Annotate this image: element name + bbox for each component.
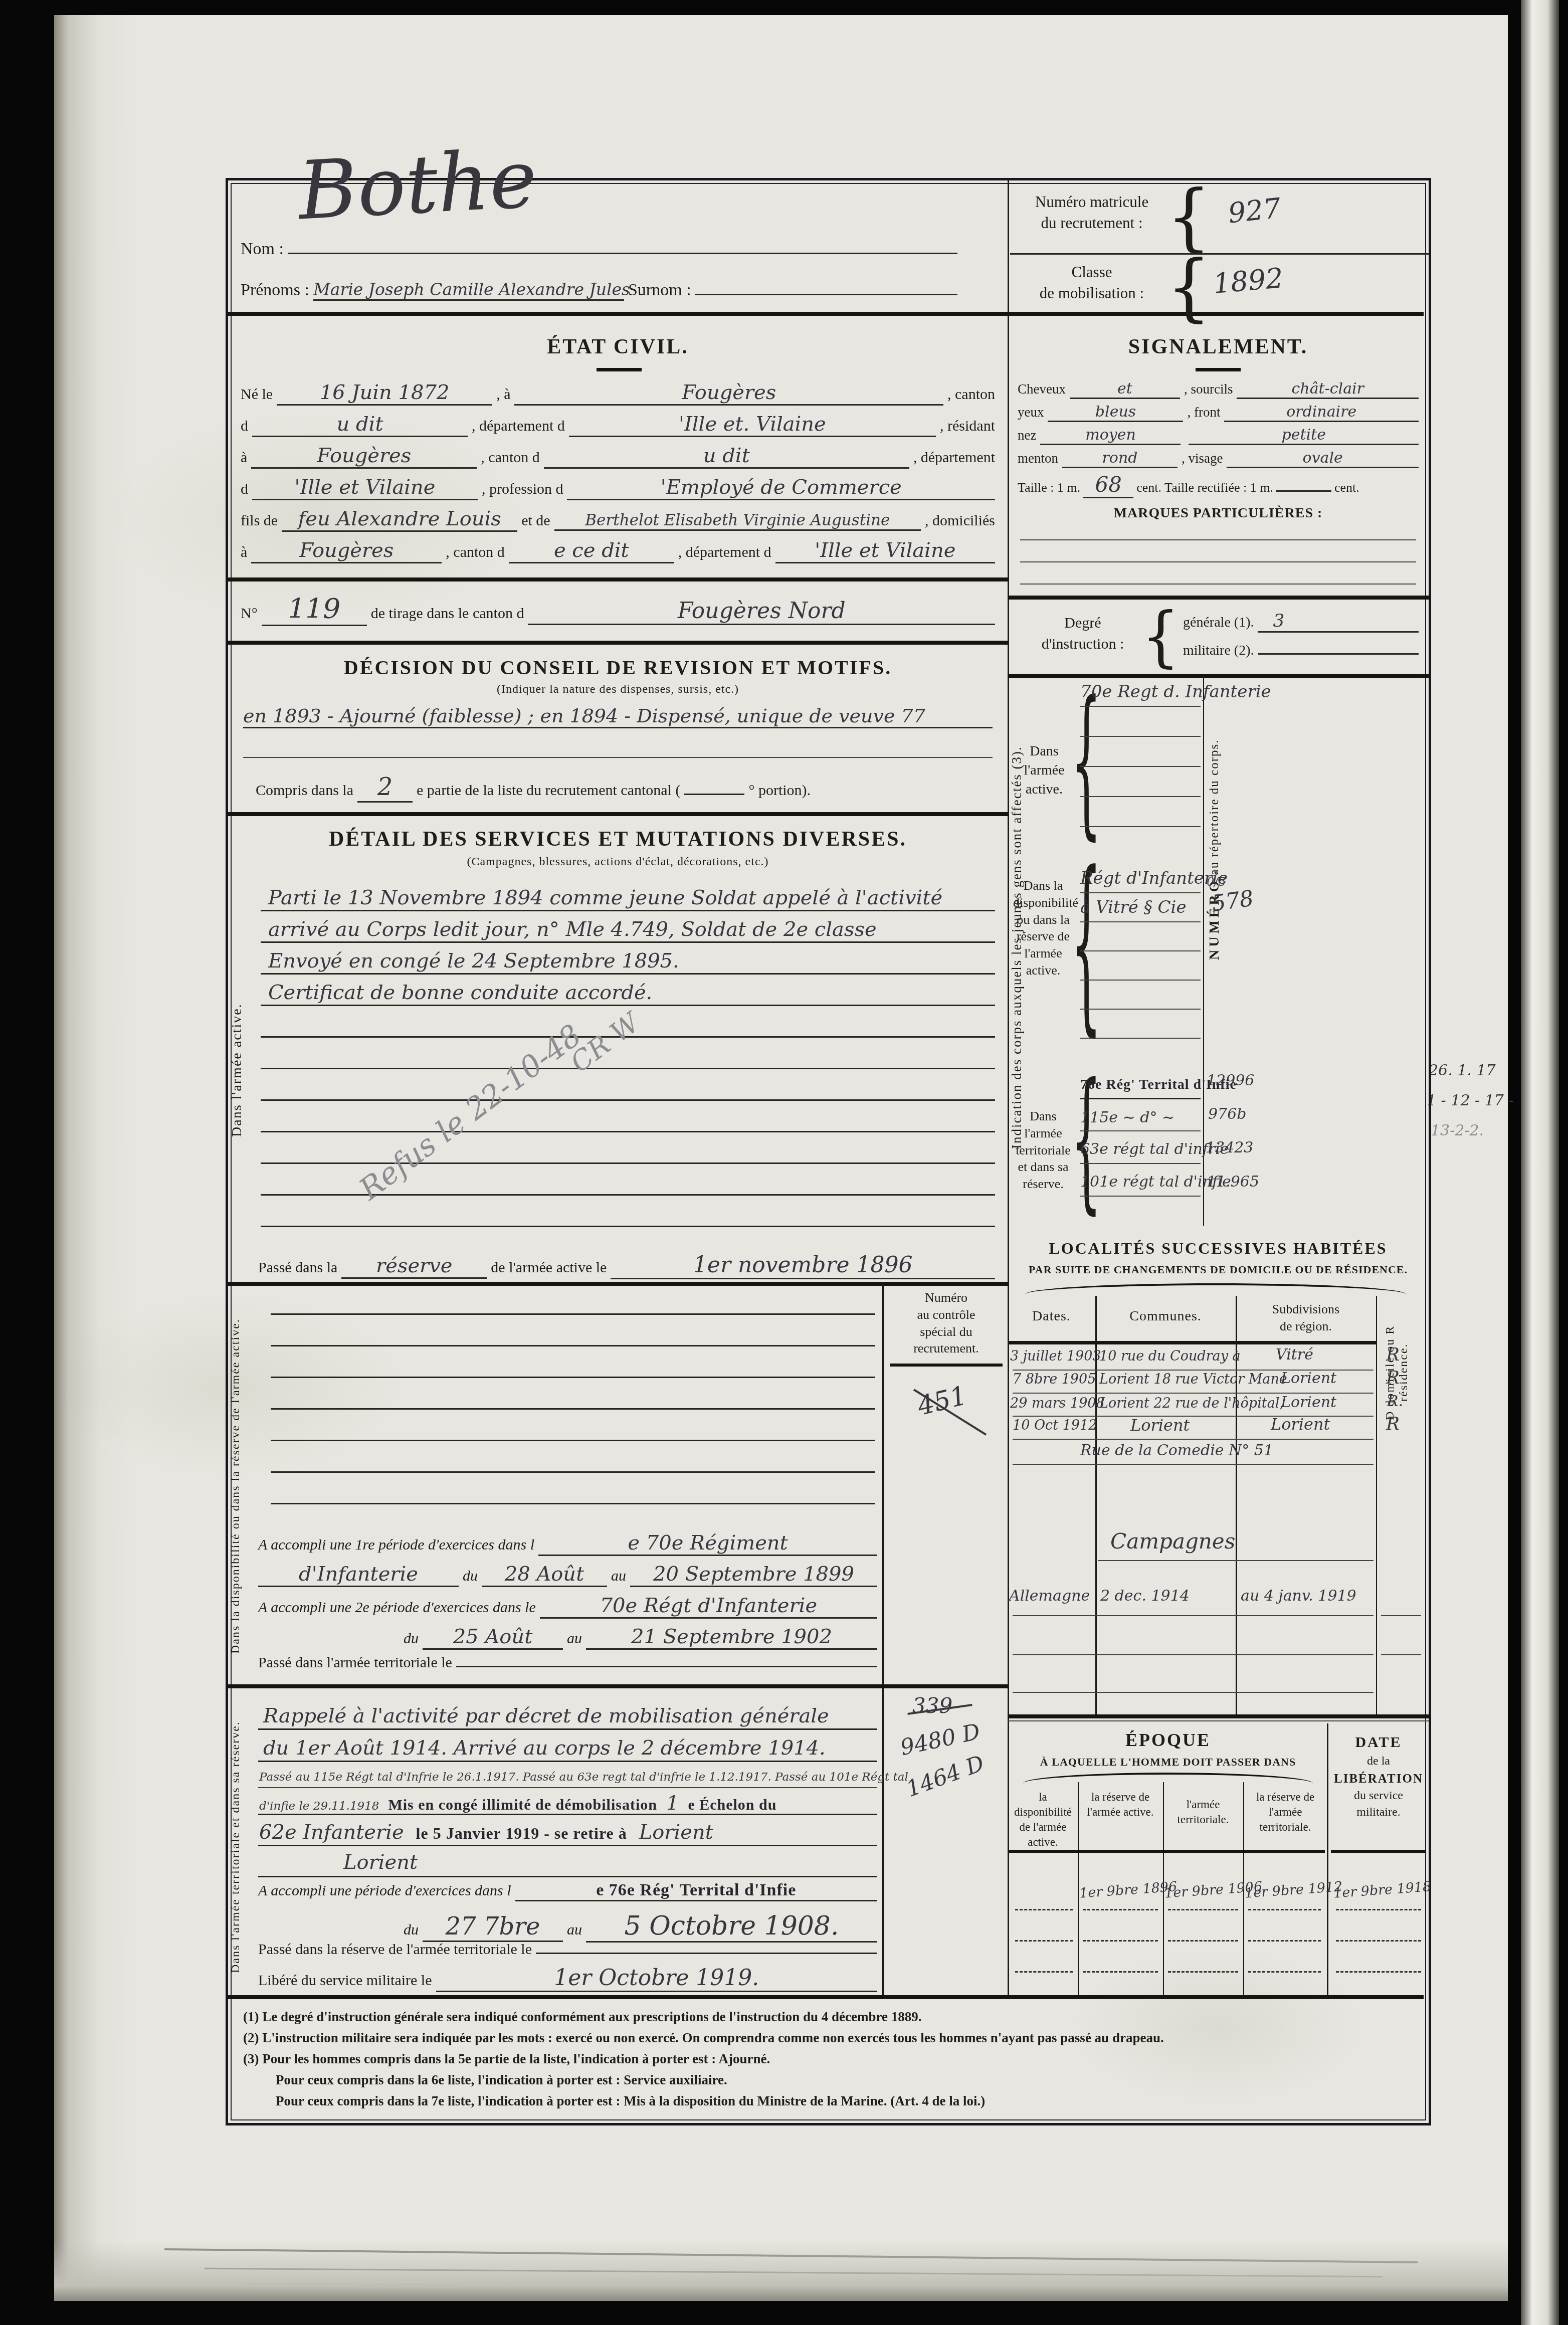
tirage-text: de tirage dans le canton d bbox=[371, 605, 524, 622]
domicilies-label: , domiciliés bbox=[925, 512, 995, 529]
localite-date: 10 Oct 1912 bbox=[1013, 1418, 1097, 1433]
localite-commune: Lorient 18 rue Victor Mane bbox=[1099, 1372, 1287, 1387]
compris-value: 2 bbox=[357, 773, 413, 803]
epoque-title: ÉPOQUE bbox=[1008, 1729, 1328, 1751]
localites-title: LOCALITÉS SUCCESSIVES HABITÉES bbox=[1008, 1239, 1429, 1258]
rule-line bbox=[1080, 1196, 1201, 1197]
periode-terr-to: 5 Octobre 1908. bbox=[586, 1911, 877, 1943]
du-label: du bbox=[463, 1568, 478, 1585]
domicile-a-label: à bbox=[241, 544, 247, 561]
corps-active-label: Dans l'armée active. bbox=[1016, 742, 1072, 799]
mother-name: Berthelot Elisabeth Virginie Augustine bbox=[554, 511, 921, 531]
repertoire-number: 976b bbox=[1208, 1105, 1246, 1123]
taille-rectifiee-field bbox=[1276, 490, 1331, 492]
residence-canton: u dit bbox=[544, 444, 909, 469]
margin-number: 1464 D bbox=[903, 1751, 988, 1802]
col-subdiv-header-2: de région. bbox=[1238, 1318, 1374, 1335]
a-label: , à bbox=[496, 386, 510, 403]
rule-line bbox=[1168, 1971, 1238, 1973]
rule-line bbox=[271, 1471, 875, 1473]
service-entry: Certificat de bonne conduite accordé. bbox=[268, 981, 652, 1004]
periode2-label: A accompli une 2e période d'exercices da… bbox=[258, 1599, 536, 1616]
etat-civil-title: ÉTAT CIVIL. bbox=[228, 335, 1008, 359]
decision-subtitle: (Indiquer la nature des dispenses, sursi… bbox=[228, 683, 1008, 696]
bouche-value: petite bbox=[1189, 426, 1419, 445]
du-label: du bbox=[404, 1630, 419, 1647]
rule-line bbox=[1083, 1971, 1158, 1973]
echelon-stamp: e Échelon du bbox=[688, 1797, 776, 1814]
passe-reserve-terr-label: Passé dans la réserve de l'armée territo… bbox=[258, 1941, 532, 1958]
section-divider bbox=[228, 641, 1008, 645]
passe-reserve-label: Passé dans la bbox=[258, 1259, 337, 1276]
rule-line bbox=[1336, 1940, 1421, 1942]
localite-subdiv: Lorient bbox=[1281, 1370, 1336, 1387]
passe-reserve-date: 1er novembre 1896 bbox=[611, 1252, 995, 1279]
retire-stamp: le 5 Janvier 1919 - se retire à bbox=[416, 1824, 627, 1843]
campagne-from: 2 dec. 1914 bbox=[1100, 1587, 1190, 1605]
rule-line bbox=[1015, 1909, 1073, 1910]
footnote-3: (3) Pour les hommes compris dans la 5e p… bbox=[243, 2051, 1411, 2067]
classe-label: Classe bbox=[1019, 262, 1164, 283]
service-entry: arrivé au Corps ledit jour, n° Mle 4.749… bbox=[268, 918, 877, 941]
marques-label: MARQUES PARTICULIÈRES : bbox=[1008, 505, 1429, 521]
rule-line bbox=[1080, 1130, 1201, 1131]
margin-note-date: 26. 1. 17 bbox=[1429, 1062, 1496, 1079]
rule-line bbox=[261, 910, 995, 911]
instruction-generale-label: générale (1). bbox=[1183, 615, 1254, 631]
passe-territoriale-field bbox=[456, 1666, 877, 1667]
surnom-label: Surnom : bbox=[628, 281, 691, 300]
mobilisation-entry: du 1er Août 1914. Arrivé au corps le 2 d… bbox=[263, 1736, 826, 1760]
localite-date: 3 juillet 1903 bbox=[1010, 1348, 1101, 1364]
classe-value: 1892 bbox=[1212, 262, 1284, 300]
visage-value: ovale bbox=[1227, 449, 1419, 468]
au-label: au bbox=[567, 1630, 582, 1647]
residence-a-label: à bbox=[241, 449, 247, 466]
rule-line bbox=[1080, 766, 1201, 767]
section-divider bbox=[1008, 1714, 1429, 1718]
rule-line bbox=[258, 1728, 877, 1730]
regiment-62e: 62e Infanterie bbox=[259, 1821, 404, 1844]
rule-line bbox=[1381, 1654, 1421, 1655]
controle-number: 451 bbox=[914, 1381, 970, 1422]
next-page-edge bbox=[1521, 0, 1559, 2325]
services-title: DÉTAIL DES SERVICES ET MUTATIONS DIVERSE… bbox=[228, 827, 1008, 851]
tirage-number: 119 bbox=[262, 593, 367, 626]
section-divider bbox=[228, 812, 1008, 816]
mobilisation-entry: Rappelé à l'activité par décret de mobil… bbox=[263, 1704, 829, 1727]
rule-line bbox=[261, 941, 995, 943]
libere-label: Libéré du service militaire le bbox=[258, 1972, 432, 1989]
margin-note-date: 1 - 12 - 17 - bbox=[1427, 1092, 1514, 1109]
nom-field bbox=[288, 253, 957, 254]
date-lib-header-3: LIBÉRATION bbox=[1331, 1770, 1426, 1788]
rule-line bbox=[1336, 1909, 1421, 1910]
section-divider bbox=[228, 577, 1008, 582]
rule-line bbox=[1015, 1971, 1073, 1973]
section-divider bbox=[1008, 674, 1429, 678]
birth-dept: 'Ille et. Vilaine bbox=[569, 413, 936, 437]
surname-handwritten: Bothe bbox=[296, 132, 539, 238]
repertoire-number: 13423 bbox=[1206, 1139, 1253, 1156]
corps-dispo-value: Régt d'Infanterie bbox=[1080, 868, 1228, 888]
corps-terr-label: Dans l'armée territoriale et dans sa rés… bbox=[1013, 1108, 1073, 1193]
signalement-title: SIGNALEMENT. bbox=[1008, 335, 1429, 359]
page-curl-line bbox=[245, 2283, 1322, 2290]
localite-dr: R. bbox=[1387, 1393, 1403, 1410]
mutation-entry-small: Passé au 115e Régt tal d'Infrie le 26.1.… bbox=[259, 1771, 908, 1784]
compris-label: Compris dans la bbox=[256, 782, 353, 799]
canton-label: , canton bbox=[947, 386, 995, 403]
residence-canton-label: , canton d bbox=[481, 449, 539, 466]
rule-line bbox=[1080, 796, 1201, 797]
controle-label: recrutement. bbox=[885, 1340, 1008, 1357]
footnotes-divider bbox=[228, 1995, 1424, 1999]
corps-active-value: 70e Regt d. Infanterie bbox=[1080, 682, 1271, 702]
decision-title: DÉCISION DU CONSEIL DE REVISION ET MOTIF… bbox=[228, 656, 1008, 679]
rule-line bbox=[261, 1099, 995, 1101]
rule-line bbox=[1083, 1940, 1158, 1942]
birth-date: 16 Juin 1872 bbox=[277, 381, 492, 406]
au-label: au bbox=[567, 1921, 582, 1939]
au-label: au bbox=[611, 1568, 626, 1585]
residence-commune: Fougères bbox=[251, 444, 477, 469]
controle-label: au contrôle bbox=[885, 1306, 1008, 1323]
rule-line bbox=[1020, 561, 1416, 562]
repertoire-number-small: 0/5 bbox=[1207, 875, 1226, 889]
domicile-canton-label: , canton d bbox=[446, 544, 504, 561]
menton-label: menton bbox=[1018, 451, 1058, 466]
localite-subdiv: Lorient bbox=[1271, 1415, 1330, 1434]
fils-label: fils de bbox=[241, 512, 278, 529]
passe-territoriale-label: Passé dans l'armée territoriale le bbox=[258, 1654, 452, 1671]
instruction-generale-value: 3 bbox=[1258, 611, 1419, 633]
residant-label: , résidant bbox=[940, 418, 995, 435]
ne-label: Né le bbox=[241, 386, 273, 403]
controle-underline bbox=[890, 1364, 1003, 1367]
portion-field bbox=[684, 794, 744, 795]
rule-line bbox=[1008, 1720, 1429, 1721]
retire-place: Lorient bbox=[639, 1821, 713, 1844]
title-dash bbox=[597, 368, 642, 371]
periode1-from: 28 Août bbox=[482, 1563, 607, 1587]
rule-line bbox=[1098, 1560, 1374, 1561]
repertoire-label-2: au répertoire du corps. bbox=[1208, 739, 1221, 875]
visage-label: , visage bbox=[1182, 451, 1223, 466]
localites-subtitle: PAR SUITE DE CHANGEMENTS DE DOMICILE OU … bbox=[1008, 1263, 1429, 1276]
rule-line bbox=[1013, 1692, 1374, 1693]
rule-line bbox=[258, 1845, 877, 1846]
prenoms-label: Prénoms : bbox=[241, 281, 309, 300]
localite-dr: R bbox=[1386, 1414, 1400, 1434]
rule-line bbox=[271, 1503, 875, 1504]
passe-reserve-mid: de l'armée active le bbox=[491, 1259, 607, 1276]
classe-label-2: de mobilisation : bbox=[1019, 283, 1164, 304]
rule-line bbox=[1080, 706, 1201, 707]
footnote-5: Pour ceux compris dans la 7e liste, l'in… bbox=[276, 2093, 1411, 2109]
localite-address: Rue de la Comedie N° 51 bbox=[1080, 1442, 1273, 1459]
nom-label: Nom : bbox=[241, 240, 284, 259]
form-frame: Bothe Nom : Prénoms : Marie Joseph Camil… bbox=[226, 178, 1431, 2125]
rule-line bbox=[261, 1162, 995, 1164]
scanned-military-register-page: { "glyphs": { "brace": "{", "paren": "("… bbox=[0, 0, 1568, 2325]
epoque-subtitle: À LAQUELLE L'HOMME DOIT PASSER DANS bbox=[1008, 1756, 1328, 1769]
dept-label: , département d bbox=[472, 418, 565, 435]
corps-dispo-value-2: à Vitré § Cie bbox=[1080, 897, 1187, 917]
epoque-col3-header: l'armée territoriale. bbox=[1165, 1797, 1241, 1827]
cheveux-value: et bbox=[1070, 380, 1180, 399]
surnom-field bbox=[695, 294, 957, 295]
mutation-entry-small: d'infie le 29.11.1918 bbox=[259, 1800, 379, 1813]
rule-line bbox=[1248, 1971, 1321, 1973]
father-name: feu Alexandre Louis bbox=[282, 507, 517, 532]
profession-label: , profession d bbox=[482, 481, 563, 498]
rule-line bbox=[1248, 1940, 1321, 1942]
periode1-to: 20 Septembre 1899 bbox=[630, 1563, 877, 1587]
rule-line bbox=[271, 1313, 875, 1315]
residence-dept: 'Ille et Vilaine bbox=[252, 476, 478, 500]
repertoire-number: 578 bbox=[1210, 885, 1255, 916]
section-divider bbox=[228, 1282, 1008, 1286]
rule-line bbox=[1080, 736, 1201, 737]
margin-number: 339 bbox=[912, 1693, 952, 1718]
rule-line bbox=[261, 1005, 995, 1006]
date-lib-header-4: du service bbox=[1331, 1788, 1426, 1805]
col-dates-header: Dates. bbox=[1010, 1308, 1093, 1324]
footnote-2: (2) L'instruction militaire sera indiqué… bbox=[243, 2030, 1411, 2046]
section-divider bbox=[228, 1684, 1008, 1688]
rule-line bbox=[1381, 1615, 1421, 1616]
taille-value: 68 bbox=[1083, 472, 1133, 498]
domicile-canton: e ce dit bbox=[509, 539, 674, 563]
controle-label: spécial du bbox=[885, 1323, 1008, 1340]
rule-line bbox=[271, 1440, 875, 1441]
repertoire-label: NUMÉRO au répertoire du corps. bbox=[1207, 702, 1238, 998]
domicile-dept-label: , département d bbox=[678, 544, 771, 561]
rule-line bbox=[1080, 892, 1201, 893]
rule-line bbox=[1013, 1439, 1374, 1440]
rule-line bbox=[1168, 1909, 1238, 1910]
instruction-militaire-field bbox=[1258, 653, 1419, 655]
sourcils-value: chât-clair bbox=[1237, 380, 1419, 399]
periode2-from: 25 Août bbox=[423, 1625, 563, 1650]
table-header-rule bbox=[1009, 1341, 1376, 1344]
yeux-value: bleus bbox=[1048, 403, 1183, 422]
retire-place-2: Lorient bbox=[343, 1851, 418, 1874]
localite-commune: Lorient bbox=[1130, 1416, 1190, 1435]
services-side-label: Dans l'armée active. bbox=[229, 897, 259, 1243]
localite-dr: R bbox=[1386, 1344, 1400, 1365]
rule-line bbox=[1080, 921, 1201, 922]
table-vline bbox=[1327, 1723, 1328, 1995]
sourcils-label: , sourcils bbox=[1184, 381, 1233, 397]
service-entry: Parti le 13 Novembre 1894 comme jeune So… bbox=[268, 886, 942, 909]
services-subtitle: (Campagnes, blessures, actions d'éclat, … bbox=[228, 855, 1008, 869]
et-de-label: et de bbox=[521, 512, 550, 529]
table-vline bbox=[1376, 1296, 1377, 1714]
periode1-label: A accompli une 1re période d'exercices d… bbox=[258, 1536, 534, 1554]
rule-line bbox=[1083, 1909, 1158, 1910]
localite-date: 29 mars 1908 bbox=[1010, 1396, 1105, 1411]
rule-line bbox=[1080, 1038, 1201, 1039]
localite-subdiv: Lorient bbox=[1281, 1394, 1336, 1411]
scanned-page: 26. 1. 17 1 - 12 - 17 - 13-2-2. Bothe No… bbox=[54, 15, 1508, 2301]
epoque-col4-header: la réserve de l'armée territoriale. bbox=[1246, 1790, 1325, 1835]
page-curl-line bbox=[205, 2268, 1383, 2277]
localite-commune: Lorient 22 rue de l'hôpital, bbox=[1099, 1396, 1284, 1411]
residence-dept-label: , département bbox=[913, 449, 995, 466]
rule-line bbox=[1013, 1464, 1374, 1465]
canton-pre: d bbox=[241, 418, 248, 435]
localite-commune: 10 rue du Coudray à bbox=[1099, 1348, 1241, 1364]
rule-line bbox=[1020, 584, 1416, 585]
footnote-1: (1) Le degré d'instruction générale sera… bbox=[243, 2009, 1411, 2025]
rule-line bbox=[261, 973, 995, 975]
epoque-value-liberation: 1er 9bre 1918 bbox=[1333, 1879, 1432, 1901]
rule-line bbox=[1168, 1940, 1238, 1942]
decorative-swash bbox=[1025, 1283, 1406, 1294]
rule-line bbox=[1013, 1615, 1374, 1616]
taille-label: Taille : 1 m. bbox=[1018, 480, 1080, 495]
rule-line bbox=[1010, 253, 1429, 255]
epoque-col2-header: la réserve de l'armée active. bbox=[1080, 1790, 1160, 1820]
periode-terr-label: A accompli une période d'exercices dans … bbox=[258, 1882, 511, 1899]
diagonal-annotation: Refus le 22-10-48 bbox=[353, 1018, 588, 1207]
localite-subdiv: Vitré bbox=[1276, 1346, 1313, 1364]
rule-line bbox=[261, 1068, 995, 1069]
rule-line bbox=[1248, 1909, 1321, 1910]
front-value: ordinaire bbox=[1224, 403, 1419, 422]
rule-line bbox=[271, 1377, 875, 1378]
title-dash bbox=[1196, 368, 1241, 371]
service-entry: Envoyé en congé le 24 Septembre 1895. bbox=[268, 949, 679, 973]
rule-line bbox=[1080, 1009, 1201, 1010]
table-header-rule bbox=[1009, 1850, 1325, 1853]
rule-line bbox=[1080, 1163, 1201, 1164]
corps-terr-value: 115e ~ d° ~ bbox=[1080, 1109, 1174, 1126]
rule-line bbox=[261, 1226, 995, 1227]
brace-instruction: { bbox=[1141, 604, 1180, 670]
instruction-label-2: d'instruction : bbox=[1025, 634, 1140, 655]
yeux-label: yeux bbox=[1018, 405, 1044, 420]
rule-line bbox=[1080, 1098, 1201, 1099]
rule-line bbox=[1080, 980, 1201, 981]
demobilisation-stamp: Mis en congé illimité de démobilisation bbox=[388, 1797, 657, 1814]
periode2-to: 21 Septembre 1902 bbox=[586, 1625, 877, 1650]
libere-date: 1er Octobre 1919. bbox=[436, 1965, 877, 1992]
controle-column-divider bbox=[882, 1282, 884, 1995]
echelon-number: 1 bbox=[666, 1792, 679, 1815]
localite-date: 7 8bre 1905 bbox=[1013, 1372, 1096, 1387]
brace-matricule: { bbox=[1166, 180, 1211, 254]
rule-line bbox=[258, 1761, 877, 1762]
tirage-no-label: N° bbox=[241, 605, 258, 622]
campagne-place: Allemagne bbox=[1009, 1587, 1090, 1605]
matricule-value: 927 bbox=[1227, 192, 1282, 230]
repertoire-number: 12996 bbox=[1207, 1072, 1254, 1089]
instruction-militaire-label: militaire (2). bbox=[1183, 643, 1254, 659]
rule-line bbox=[1080, 826, 1201, 827]
header-divider bbox=[228, 312, 1424, 316]
date-lib-header-2: de la bbox=[1331, 1753, 1426, 1770]
taille-rectifiee-label: cent. Taille rectifiée : 1 m. bbox=[1136, 480, 1273, 495]
section-divider bbox=[1008, 596, 1429, 600]
menton-value: rond bbox=[1062, 449, 1178, 468]
du-label: du bbox=[404, 1921, 419, 1939]
decorative-swash bbox=[1023, 1773, 1313, 1784]
rule-line bbox=[271, 1345, 875, 1346]
rule-line bbox=[1020, 539, 1416, 540]
passe-reserve-value: réserve bbox=[341, 1254, 487, 1279]
repertoire-number: 11.965 bbox=[1207, 1173, 1259, 1191]
birth-canton: u dit bbox=[252, 413, 468, 437]
campagnes-title: Campagnes bbox=[1110, 1529, 1235, 1554]
periode1-regiment: e 70e Régiment bbox=[538, 1531, 877, 1556]
rule-line bbox=[1013, 1654, 1374, 1655]
matricule-label: Numéro matricule bbox=[1019, 191, 1164, 213]
corps-dispo-label: Dans la disponibilité ou dans la réserve… bbox=[1013, 877, 1073, 979]
rule-line bbox=[1080, 950, 1201, 951]
passe-reserve-terr-field bbox=[536, 1953, 877, 1954]
domicile-commune: Fougères bbox=[251, 539, 442, 563]
campagne-to: au 4 janv. 1919 bbox=[1241, 1587, 1356, 1605]
nez-label: nez bbox=[1018, 428, 1036, 443]
rule-line bbox=[1015, 1940, 1073, 1942]
cent-label: cent. bbox=[1334, 480, 1359, 495]
periode-terr-from: 27 7bre bbox=[423, 1912, 563, 1942]
decision-note: en 1893 - Ajourné (faiblesse) ; en 1894 … bbox=[243, 705, 993, 728]
col-subdiv-header: Subdivisions bbox=[1238, 1301, 1374, 1318]
date-lib-header: DATE bbox=[1331, 1732, 1426, 1753]
date-lib-header-5: militaire. bbox=[1331, 1804, 1426, 1821]
brace-classe: { bbox=[1166, 251, 1211, 324]
profession-value: 'Employé de Commerce bbox=[567, 476, 995, 500]
rule-line bbox=[271, 1408, 875, 1410]
page-curl-line bbox=[164, 2248, 1418, 2263]
domicile-dept: 'Ille et Vilaine bbox=[775, 539, 995, 563]
table-header-rule bbox=[1331, 1850, 1426, 1853]
footnote-4: Pour ceux compris dans la 6e liste, l'in… bbox=[276, 2072, 1411, 2088]
front-label: , front bbox=[1187, 405, 1220, 420]
rule-line bbox=[258, 1787, 877, 1788]
nez-value: moyen bbox=[1040, 426, 1181, 445]
epoque-col1-header: la disponibilité de l'armée active. bbox=[1009, 1790, 1077, 1850]
rule-line bbox=[1336, 1971, 1421, 1973]
col-communes-header: Communes. bbox=[1098, 1308, 1233, 1324]
rule-line bbox=[258, 1876, 877, 1877]
prenoms-value: Marie Joseph Camille Alexandre Jules bbox=[313, 280, 624, 301]
periode2-regiment: 70e Régt d'Infanterie bbox=[540, 1594, 877, 1619]
compris-post: ° portion). bbox=[748, 782, 811, 799]
rule-line bbox=[243, 757, 993, 758]
periode-terr-regiment: e 76e Rég' Territal d'Infie bbox=[515, 1881, 877, 1901]
matricule-label-2: du recrutement : bbox=[1019, 213, 1164, 234]
compris-mid: e partie de la liste du recrutement cant… bbox=[417, 782, 680, 799]
periode1-regiment-2: d'Infanterie bbox=[258, 1563, 459, 1587]
instruction-label: Degré bbox=[1025, 613, 1140, 634]
rule-line bbox=[261, 1131, 995, 1132]
margin-note-date: 13-2-2. bbox=[1431, 1122, 1484, 1139]
localite-dr: R bbox=[1386, 1368, 1400, 1388]
tirage-canton: Fougères Nord bbox=[528, 598, 995, 625]
birth-commune: Fougères bbox=[514, 381, 943, 406]
controle-label: Numéro bbox=[885, 1289, 1008, 1306]
cheveux-label: Cheveux bbox=[1018, 381, 1066, 397]
dept-pre: d bbox=[241, 481, 248, 498]
